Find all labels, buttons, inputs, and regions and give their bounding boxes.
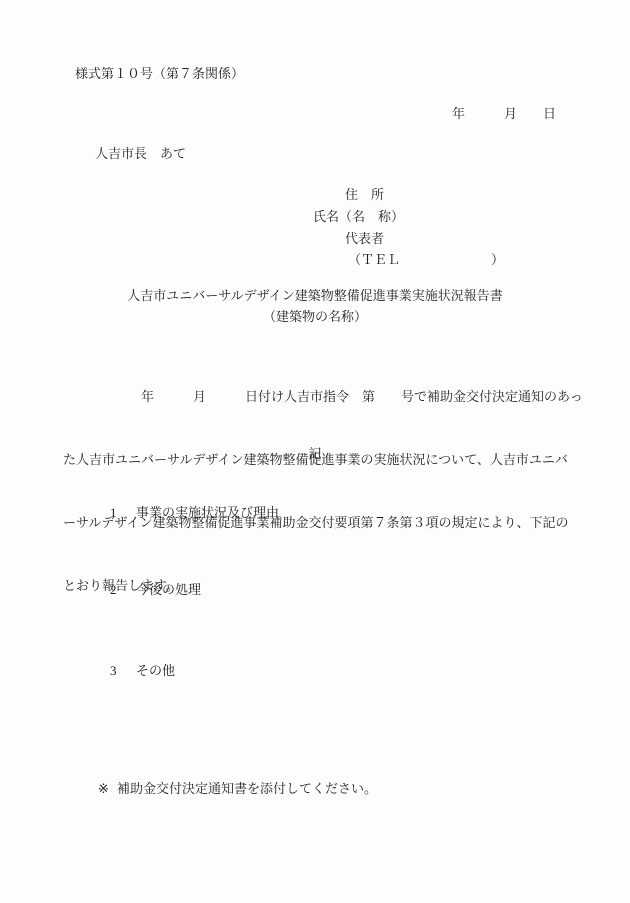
attachment-note-text: 補助金交付決定通知書を添付してください。 bbox=[117, 781, 377, 796]
record-heading: 記 bbox=[63, 445, 567, 462]
list-item-2-number: 2 bbox=[110, 581, 136, 598]
document-title: 人吉市ユニバーサルデザイン建築物整備促進事業実施状況報告書 bbox=[63, 287, 567, 304]
applicant-address-label: 住 所 bbox=[345, 186, 384, 203]
list-item-3: 3その他 bbox=[97, 645, 175, 696]
addressee: 人吉市長 あて bbox=[95, 145, 186, 162]
applicant-name-label: 氏名（名 称） bbox=[313, 208, 404, 225]
document-subtitle: （建築物の名称） bbox=[63, 308, 567, 325]
list-item-1: 1事業の実施状況及び理由 bbox=[97, 487, 279, 538]
body-line-1: 年 月 日付け人吉市指令 第 号で補助金交付決定通知のあっ bbox=[63, 386, 573, 407]
date-line: 年 月 日 bbox=[452, 105, 556, 122]
document-page: 様式第１０号（第７条関係） 年 月 日 人吉市長 あて 住 所 氏名（名 称） … bbox=[0, 0, 630, 903]
attachment-note: ※補助金交付決定通知書を添付してください。 bbox=[85, 763, 377, 814]
list-item-1-number: 1 bbox=[110, 504, 136, 521]
list-item-1-label: 事業の実施状況及び理由 bbox=[136, 505, 279, 520]
applicant-tel-line: （ＴＥＬ ） bbox=[348, 251, 504, 268]
list-item-3-label: その他 bbox=[136, 663, 175, 678]
list-item-3-number: 3 bbox=[110, 662, 136, 679]
applicant-representative-label: 代表者 bbox=[345, 230, 384, 247]
form-number: 様式第１０号（第７条関係） bbox=[75, 65, 244, 82]
attachment-note-marker: ※ bbox=[98, 780, 117, 797]
list-item-2: 2今後の処理 bbox=[97, 564, 201, 615]
list-item-2-label: 今後の処理 bbox=[136, 582, 201, 597]
